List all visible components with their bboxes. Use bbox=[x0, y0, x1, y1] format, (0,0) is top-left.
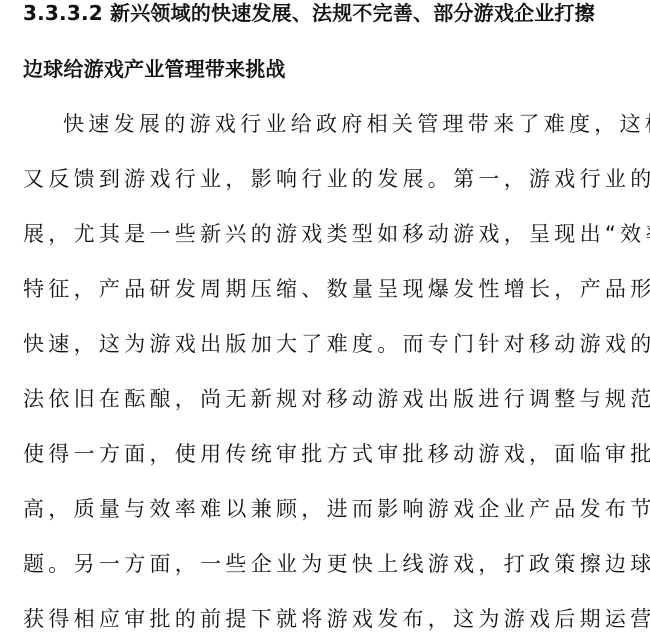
paragraph-line: 法依旧在酝酿，尚无新规对移动游戏出版进行调整与规范。这就 bbox=[23, 386, 650, 412]
paragraph-line: 使得一方面，使用传统审批方式审批移动游戏，面临审批成本提 bbox=[23, 441, 650, 467]
paragraph-line: 又反馈到游戏行业，影响行业的发展。第一，游戏行业的快速发 bbox=[23, 166, 650, 192]
paragraph-line: 特征，产品研发周期压缩、数量呈现爆发性增长，产品形式迭代 bbox=[23, 276, 650, 302]
paragraph-line: 快速发展的游戏行业给政府相关管理带来了难度，这相应地 bbox=[63, 111, 650, 137]
paragraph-line: 快速，这为游戏出版加大了难度。而专门针对移动游戏的管理办 bbox=[23, 331, 650, 357]
heading-line-2: 边球给游戏产业管理带来挑战 bbox=[23, 56, 286, 82]
paragraph-line: 展，尤其是一些新兴的游戏类型如移动游戏，呈现出“效率市场” bbox=[23, 221, 650, 247]
paragraph-line: 题。另一方面，一些企业为更快上线游戏，打政策擦边球，在未 bbox=[23, 551, 650, 577]
paragraph-line: 高，质量与效率难以兼顾，进而影响游戏企业产品发布节奏等问 bbox=[23, 496, 650, 522]
paragraph-line: 获得相应审批的前提下就将游戏发布，这为游戏后期运营埋下了 bbox=[23, 606, 650, 632]
heading-line-1: 3.3.3.2 新兴领域的快速发展、法规不完善、部分游戏企业打擦 bbox=[23, 0, 595, 26]
